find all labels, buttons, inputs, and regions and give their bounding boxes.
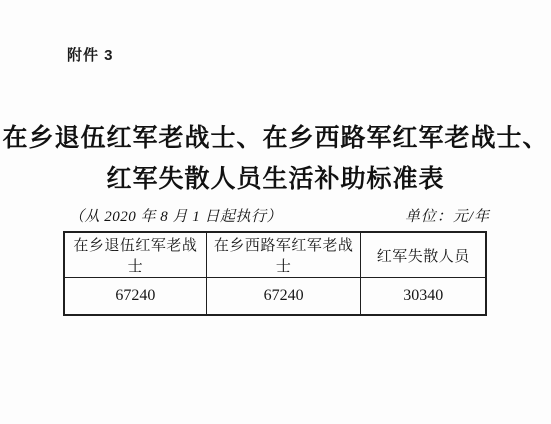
effective-date-note: （从 2020 年 8 月 1 日起执行）	[63, 205, 282, 226]
column-header-west-route: 在乡西路军红军老战士	[206, 232, 361, 278]
document-title-line2: 红军失散人员生活补助标准表	[0, 159, 551, 200]
value-veteran: 67240	[64, 278, 206, 316]
attachment-label: 附件 3	[67, 44, 114, 65]
document-title-line1: 在乡退伍红军老战士、在乡西路军红军老战士、	[0, 118, 551, 159]
value-west-route: 67240	[206, 278, 361, 316]
unit-label: 单位：元/年	[405, 205, 490, 226]
column-header-dispersed: 红军失散人员	[361, 232, 486, 278]
document-title: 在乡退伍红军老战士、在乡西路军红军老战士、 红军失散人员生活补助标准表	[0, 118, 551, 200]
table-header: 在乡退伍红军老战士 在乡西路军红军老战士 红军失散人员	[64, 232, 486, 278]
value-dispersed: 30340	[361, 278, 486, 316]
meta-row: （从 2020 年 8 月 1 日起执行） 单位：元/年	[63, 205, 490, 226]
table-header-row: 在乡退伍红军老战士 在乡西路军红军老战士 红军失散人员	[64, 232, 486, 278]
table-row: 67240 67240 30340	[64, 278, 486, 316]
document-page: 附件 3 在乡退伍红军老战士、在乡西路军红军老战士、 红军失散人员生活补助标准表…	[0, 0, 551, 424]
table-body: 67240 67240 30340	[64, 278, 486, 316]
subsidy-standard-table: 在乡退伍红军老战士 在乡西路军红军老战士 红军失散人员 67240 67240 …	[63, 231, 487, 316]
column-header-veteran: 在乡退伍红军老战士	[64, 232, 206, 278]
